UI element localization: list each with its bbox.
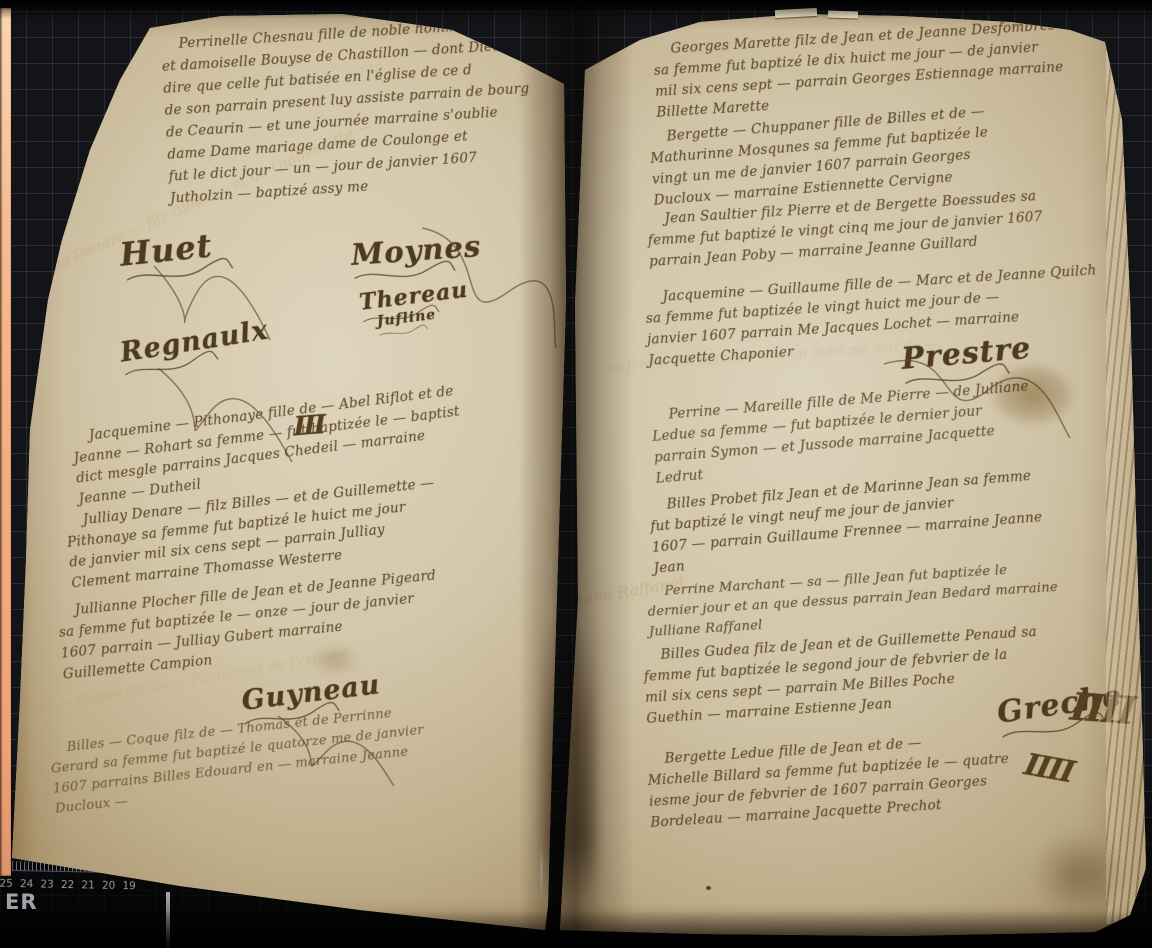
- ruler-label: ER: [5, 890, 38, 914]
- torn-paper-tab: [828, 10, 858, 18]
- ruler-number: 22: [57, 879, 78, 891]
- table-edge-streak: [166, 892, 170, 948]
- manuscript-entry: Jacquemine — Guillaume fille de — Marc e…: [644, 260, 1101, 371]
- color-calibration-strip: [0, 8, 11, 876]
- signature: Huet: [118, 224, 238, 290]
- manuscript-entry: Georges Marette filz de Jean et de Jeann…: [652, 15, 1065, 124]
- signature: Jufline: [376, 307, 439, 346]
- manuscript-entry: Billes — Coque filz de — Thomas et de Pe…: [48, 701, 429, 820]
- signature-name: Moynes: [350, 229, 482, 272]
- ink-tally-marks: III: [291, 410, 327, 443]
- manuscript-entry: Bergette Ledue fille de Jean et de —Mich…: [646, 728, 1012, 834]
- manuscript-photo: 25242322212019 ER Perrinelle Chesnau fil…: [0, 0, 1152, 948]
- dust-speck: [706, 886, 711, 890]
- ruler-number: 21: [78, 879, 99, 891]
- ruler-number: 20: [98, 880, 119, 892]
- dust-speck: [888, 120, 891, 123]
- left-page: Perrinelle Chesnau fille de noble homme …: [8, 8, 568, 938]
- ruler-number: 23: [37, 878, 58, 890]
- spine-edge-streak: [540, 842, 543, 908]
- ruler-number: 25: [0, 878, 16, 890]
- signature: Regnaulx: [118, 315, 273, 385]
- ink-tally-marks: IIII: [1017, 748, 1079, 789]
- ink-tally-marks: IIII: [1064, 684, 1141, 733]
- right-page: Georges Marette filz de Jean et de Jeann…: [548, 4, 1152, 948]
- ruler-number: 19: [119, 880, 140, 892]
- ruler-number: 24: [16, 878, 37, 890]
